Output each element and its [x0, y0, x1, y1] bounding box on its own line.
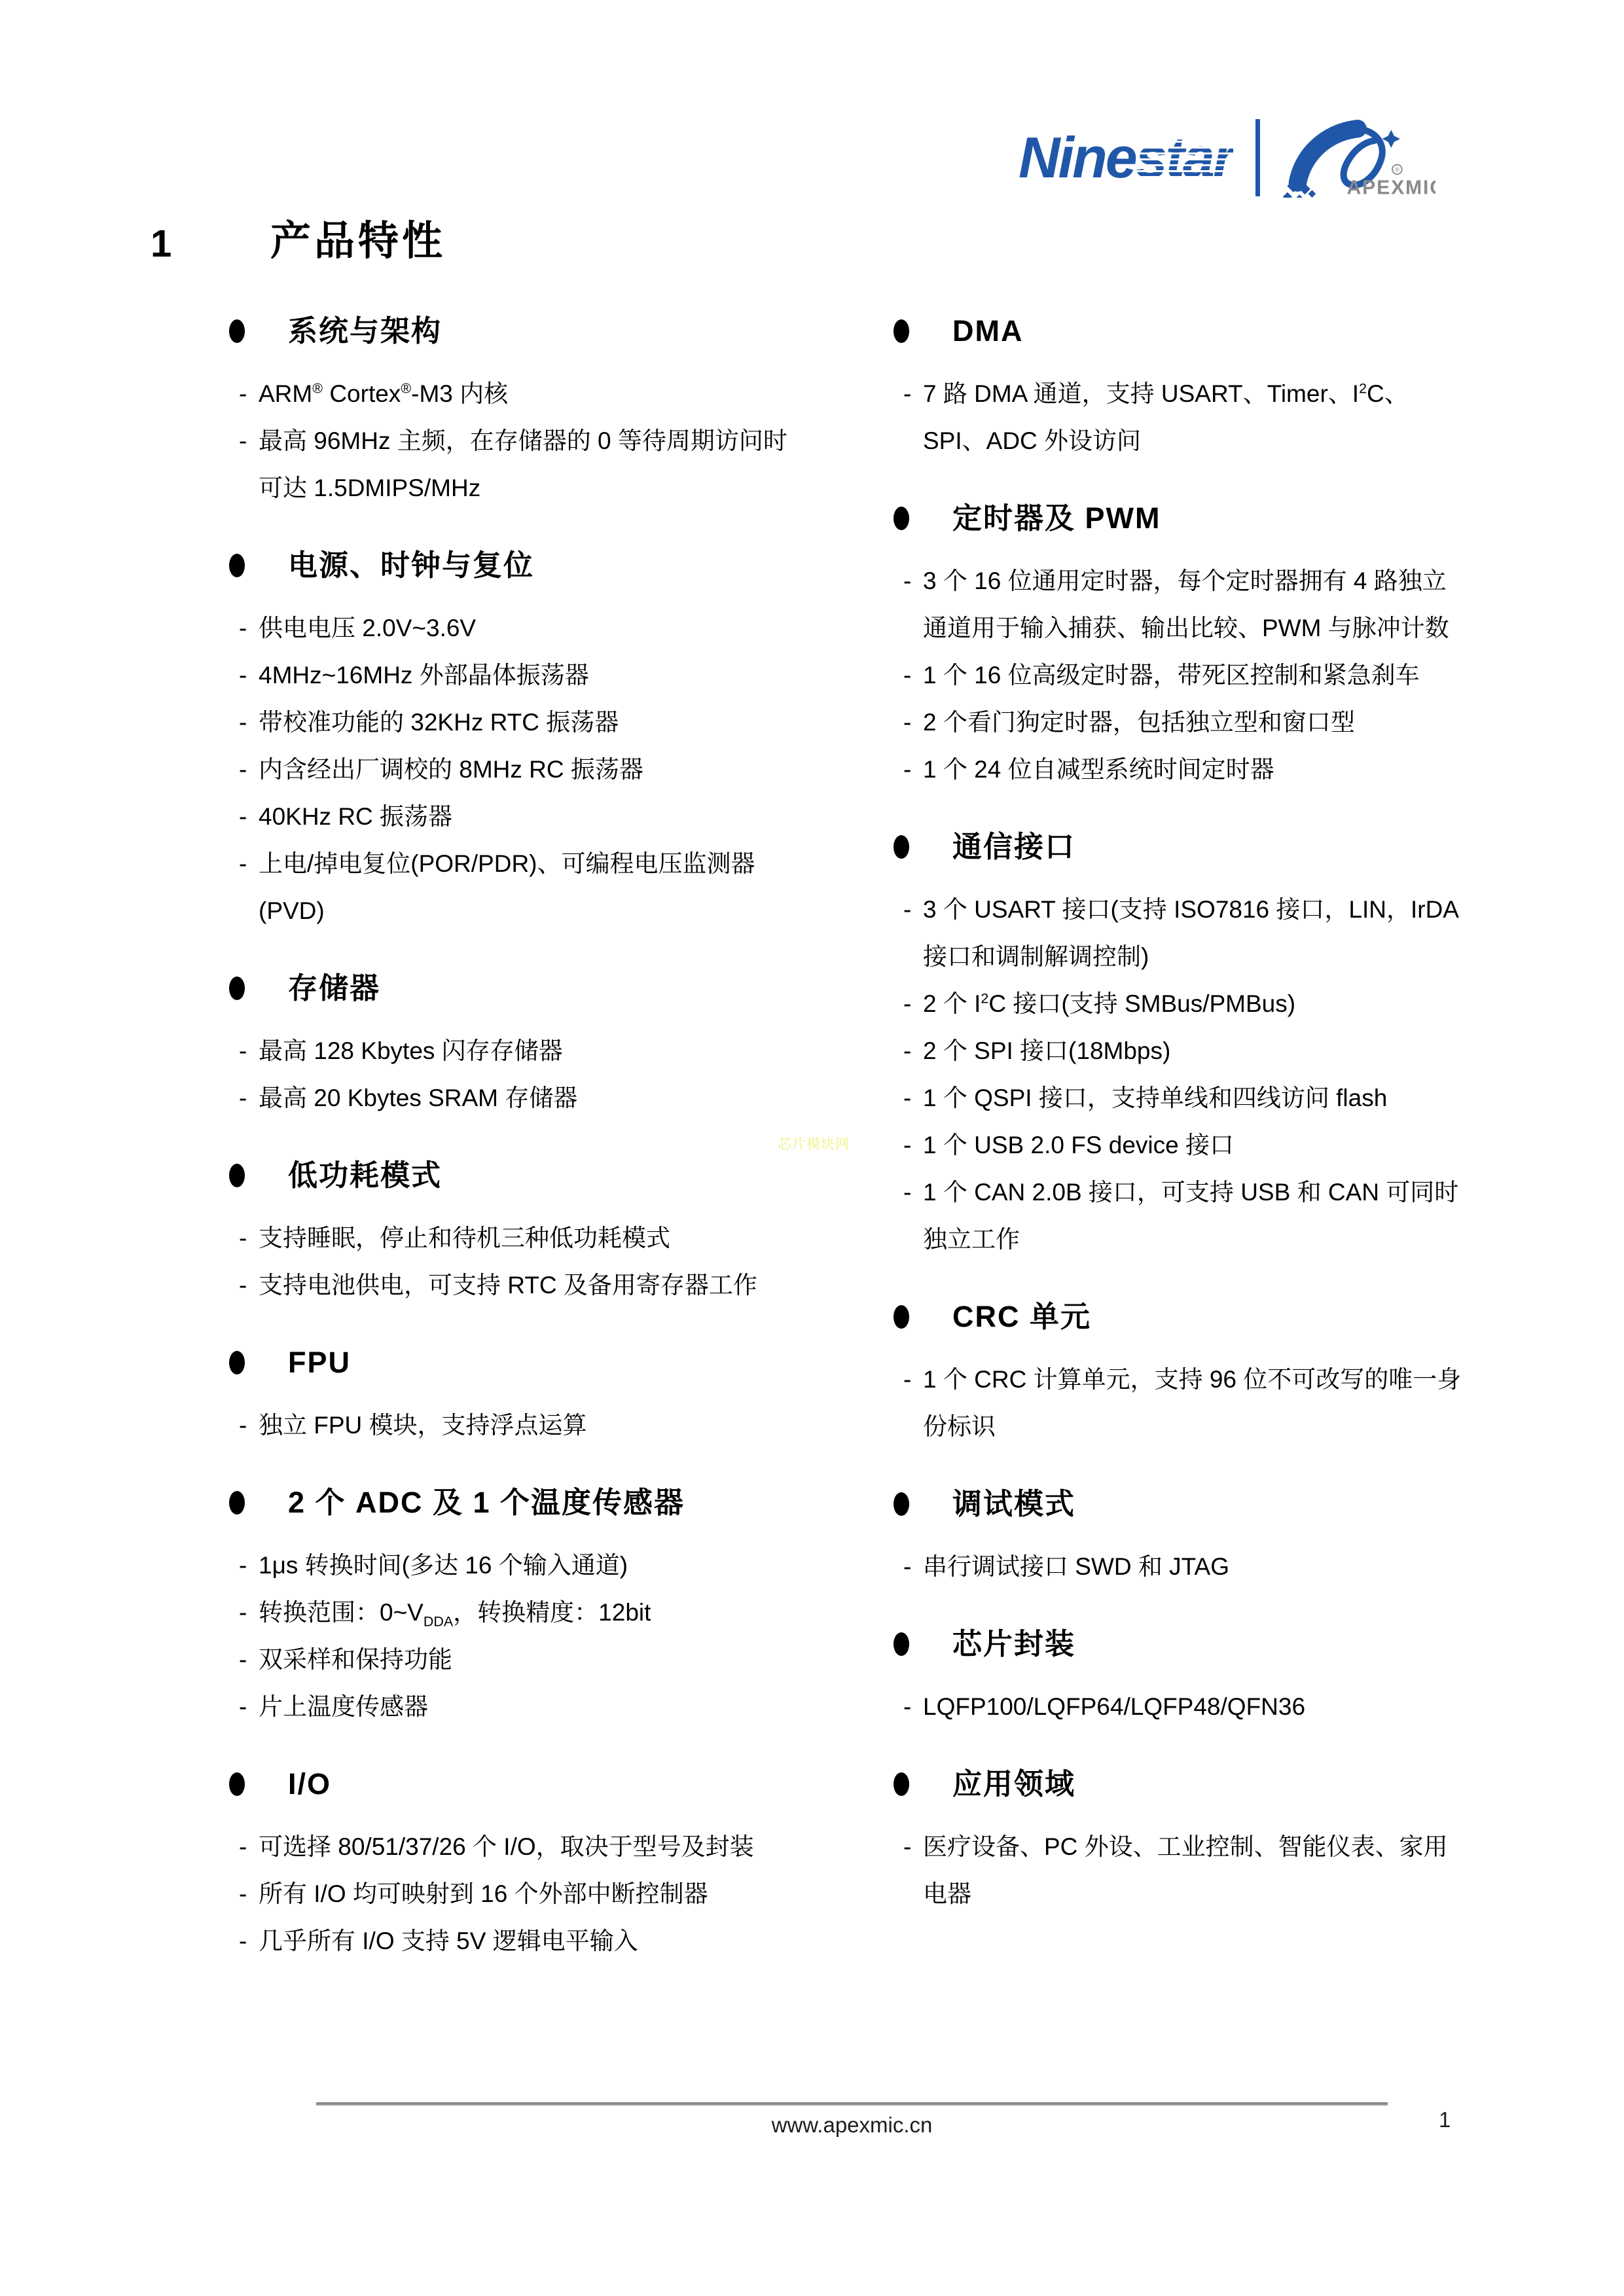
section-items: - 支持睡眠，停止和待机三种低功耗模式 - 支持电池供电，可支持 RTC 及备用… — [229, 1215, 795, 1309]
section-items: - 1μs 转换时间(多达 16 个输入通道) - 转换范围：0~VDDA，转换… — [229, 1542, 795, 1731]
dash-marker: - — [229, 605, 259, 652]
section-items: - 1 个 CRC 计算单元，支持 96 位不可改写的唯一身份标识 — [893, 1356, 1470, 1450]
section-heading-label: 电源、时钟与复位 — [288, 541, 534, 590]
bullet-icon — [893, 1772, 909, 1796]
list-item: - 2 个 SPI 接口(18Mbps) — [893, 1028, 1470, 1075]
ninestar-logo-solid-text: Nine — [1019, 125, 1136, 190]
feature-section: 调试模式 - 串行调试接口 SWD 和 JTAG — [893, 1479, 1470, 1590]
feature-section: FPU - 独立 FPU 模块，支持浮点运算 — [229, 1338, 795, 1449]
section-heading-label: 存储器 — [288, 963, 380, 1013]
list-item: - 1 个 CRC 计算单元，支持 96 位不可改写的唯一身份标识 — [893, 1356, 1470, 1450]
list-item: - 带校准功能的 32KHz RTC 振荡器 — [229, 699, 795, 746]
item-text: 带校准功能的 32KHz RTC 振荡器 — [259, 699, 795, 746]
apexmic-logo-icon: ® APEXMIC — [1280, 118, 1435, 198]
section-heading: CRC 单元 — [893, 1292, 1470, 1342]
list-item: - 上电/掉电复位(POR/PDR)、可编程电压监测器(PVD) — [229, 840, 795, 935]
page-number: 1 — [1439, 2108, 1451, 2132]
bullet-icon — [229, 1164, 245, 1187]
section-heading: 低功耗模式 — [229, 1151, 795, 1200]
section-heading-label: 芯片封装 — [952, 1619, 1075, 1669]
feature-section: 低功耗模式 - 支持睡眠，停止和待机三种低功耗模式 - 支持电池供电，可支持 R… — [229, 1151, 795, 1309]
section-items: - 供电电压 2.0V~3.6V - 4MHz~16MHz 外部晶体振荡器 - … — [229, 605, 795, 935]
section-heading-label: 定时器及 PWM — [952, 493, 1161, 543]
dash-marker: - — [229, 840, 259, 888]
feature-section: I/O - 可选择 80/51/37/26 个 I/O，取决于型号及封装 - 所… — [229, 1759, 795, 1965]
dash-marker: - — [893, 652, 923, 699]
apexmic-logo-text: APEXMIC — [1347, 177, 1435, 198]
section-heading-label: 应用领域 — [952, 1759, 1075, 1809]
item-text: 1 个 24 位自减型系统时间定时器 — [923, 746, 1470, 793]
dash-marker: - — [229, 370, 259, 418]
feature-section: 存储器 - 最高 128 Kbytes 闪存存储器 - 最高 20 Kbytes… — [229, 963, 795, 1122]
item-text: 3 个 16 位通用定时器，每个定时器拥有 4 路独立通道用于输入捕获、输出比较… — [923, 558, 1470, 652]
list-item: - 内含经出厂调校的 8MHz RC 振荡器 — [229, 746, 795, 793]
section-heading: FPU — [229, 1338, 795, 1388]
section-heading: 存储器 — [229, 963, 795, 1013]
list-item: - ARM® Cortex®-M3 内核 — [229, 370, 795, 418]
section-heading-label: 调试模式 — [952, 1479, 1075, 1529]
section-items: - LQFP100/LQFP64/LQFP48/QFN36 — [893, 1683, 1470, 1731]
item-text: 供电电压 2.0V~3.6V — [259, 605, 795, 652]
dash-marker: - — [229, 1871, 259, 1918]
list-item: - 1 个 QSPI 接口，支持单线和四线访问 flash — [893, 1075, 1470, 1122]
dash-marker: - — [229, 1683, 259, 1731]
item-text: 2 个 SPI 接口(18Mbps) — [923, 1028, 1470, 1075]
item-text: 1 个 CAN 2.0B 接口，可支持 USB 和 CAN 可同时独立工作 — [923, 1169, 1470, 1263]
section-heading-label: 通信接口 — [952, 822, 1075, 872]
dash-marker: - — [893, 1028, 923, 1075]
section-heading-label: DMA — [952, 306, 1023, 356]
bullet-icon — [893, 319, 909, 343]
section-heading-label: I/O — [288, 1759, 331, 1809]
section-items: - 3 个 16 位通用定时器，每个定时器拥有 4 路独立通道用于输入捕获、输出… — [893, 558, 1470, 793]
list-item: - 1 个 CAN 2.0B 接口，可支持 USB 和 CAN 可同时独立工作 — [893, 1169, 1470, 1263]
list-item: - 所有 I/O 均可映射到 16 个外部中断控制器 — [229, 1871, 795, 1918]
section-heading: I/O — [229, 1759, 795, 1809]
dash-marker: - — [893, 746, 923, 793]
dash-marker: - — [229, 1075, 259, 1122]
datasheet-page: Ninestar ® APEXMIC 1 产品特性 系统与架构 — [0, 0, 1624, 2296]
list-item: - 3 个 16 位通用定时器，每个定时器拥有 4 路独立通道用于输入捕获、输出… — [893, 558, 1470, 652]
list-item: - 最高 128 Kbytes 闪存存储器 — [229, 1028, 795, 1075]
bullet-icon — [229, 1772, 245, 1796]
item-text: 1μs 转换时间(多达 16 个输入通道) — [259, 1542, 795, 1589]
bullet-icon — [893, 835, 909, 859]
bullet-icon — [229, 554, 245, 577]
list-item: - 支持电池供电，可支持 RTC 及备用寄存器工作 — [229, 1262, 795, 1309]
section-heading: 芯片封装 — [893, 1619, 1470, 1669]
section-items: - 独立 FPU 模块，支持浮点运算 — [229, 1402, 795, 1449]
section-heading: 定时器及 PWM — [893, 493, 1470, 543]
item-text: 上电/掉电复位(POR/PDR)、可编程电压监测器(PVD) — [259, 840, 795, 935]
bullet-icon — [229, 1491, 245, 1515]
item-text: 1 个 QSPI 接口，支持单线和四线访问 flash — [923, 1075, 1470, 1122]
dash-marker: - — [893, 1543, 923, 1590]
list-item: - 40KHz RC 振荡器 — [229, 793, 795, 840]
list-item: - 几乎所有 I/O 支持 5V 逻辑电平输入 — [229, 1918, 795, 1965]
item-text: 7 路 DMA 通道，支持 USART、Timer、I2C、SPI、ADC 外设… — [923, 370, 1470, 465]
bullet-icon — [893, 1492, 909, 1516]
header-logos: Ninestar ® APEXMIC — [1019, 115, 1435, 200]
section-heading: 2 个 ADC 及 1 个温度传感器 — [229, 1478, 795, 1528]
item-text: 支持睡眠，停止和待机三种低功耗模式 — [259, 1215, 795, 1262]
item-text: 可选择 80/51/37/26 个 I/O，取决于型号及封装 — [259, 1823, 795, 1871]
section-items: - 最高 128 Kbytes 闪存存储器 - 最高 20 Kbytes SRA… — [229, 1028, 795, 1122]
item-text: 内含经出厂调校的 8MHz RC 振荡器 — [259, 746, 795, 793]
dash-marker: - — [229, 793, 259, 840]
dash-marker: - — [229, 1215, 259, 1262]
list-item: - 最高 96MHz 主频，在存储器的 0 等待周期访问时可达 1.5DMIPS… — [229, 418, 795, 512]
list-item: - 1 个 USB 2.0 FS device 接口 — [893, 1122, 1470, 1169]
item-text: LQFP100/LQFP64/LQFP48/QFN36 — [923, 1683, 1470, 1731]
item-text: 2 个看门狗定时器，包括独立型和窗口型 — [923, 699, 1470, 746]
item-text: 1 个 16 位高级定时器，带死区控制和紧急刹车 — [923, 652, 1470, 699]
dash-marker: - — [229, 1589, 259, 1636]
list-item: - 4MHz~16MHz 外部晶体振荡器 — [229, 652, 795, 699]
list-item: - 供电电压 2.0V~3.6V — [229, 605, 795, 652]
section-heading: 电源、时钟与复位 — [229, 541, 795, 590]
dash-marker: - — [229, 1542, 259, 1589]
bullet-icon — [893, 507, 909, 530]
dash-marker: - — [893, 558, 923, 605]
feature-section: 电源、时钟与复位 - 供电电压 2.0V~3.6V - 4MHz~16MHz 外… — [229, 541, 795, 935]
dash-marker: - — [893, 1169, 923, 1216]
dash-marker: - — [229, 699, 259, 746]
dash-marker: - — [229, 1636, 259, 1683]
section-heading-label: 2 个 ADC 及 1 个温度传感器 — [288, 1478, 685, 1528]
apexmic-registered-mark: ® — [1395, 167, 1399, 173]
bullet-icon — [893, 1632, 909, 1656]
item-text: 4MHz~16MHz 外部晶体振荡器 — [259, 652, 795, 699]
page-title: 产品特性 — [270, 221, 446, 262]
dash-marker: - — [229, 652, 259, 699]
footer-rule — [316, 2102, 1388, 2106]
list-item: - 医疗设备、PC 外设、工业控制、智能仪表、家用电器 — [893, 1823, 1470, 1918]
item-text: 几乎所有 I/O 支持 5V 逻辑电平输入 — [259, 1918, 795, 1965]
section-items: - 可选择 80/51/37/26 个 I/O，取决于型号及封装 - 所有 I/… — [229, 1823, 795, 1965]
dash-marker: - — [229, 1028, 259, 1075]
item-text: 所有 I/O 均可映射到 16 个外部中断控制器 — [259, 1871, 795, 1918]
feature-section: DMA - 7 路 DMA 通道，支持 USART、Timer、I2C、SPI、… — [893, 306, 1470, 465]
chapter-number: 1 — [151, 225, 171, 263]
section-heading: 通信接口 — [893, 822, 1470, 872]
item-text: 串行调试接口 SWD 和 JTAG — [923, 1543, 1470, 1590]
list-item: - 3 个 USART 接口(支持 ISO7816 接口，LIN，IrDA 接口… — [893, 886, 1470, 980]
dash-marker: - — [229, 1402, 259, 1449]
dash-marker: - — [229, 418, 259, 465]
item-text: 转换范围：0~VDDA，转换精度：12bit — [259, 1589, 795, 1636]
item-text: 最高 20 Kbytes SRAM 存储器 — [259, 1075, 795, 1122]
logo-divider — [1255, 119, 1260, 196]
section-heading: DMA — [893, 306, 1470, 356]
dash-marker: - — [893, 980, 923, 1028]
watermark: 芯片模块网 — [778, 1134, 850, 1153]
list-item: - 2 个看门狗定时器，包括独立型和窗口型 — [893, 699, 1470, 746]
section-items: - 7 路 DMA 通道，支持 USART、Timer、I2C、SPI、ADC … — [893, 370, 1470, 465]
list-item: - 片上温度传感器 — [229, 1683, 795, 1731]
list-item: - 1 个 24 位自减型系统时间定时器 — [893, 746, 1470, 793]
section-heading: 应用领域 — [893, 1759, 1470, 1809]
bullet-icon — [229, 977, 245, 1000]
section-heading-label: FPU — [288, 1338, 351, 1388]
section-heading-label: 低功耗模式 — [288, 1151, 442, 1200]
dash-marker: - — [893, 1356, 923, 1403]
ninestar-logo: Ninestar — [1019, 129, 1233, 187]
list-item: - 2 个 I2C 接口(支持 SMBus/PMBus) — [893, 980, 1470, 1028]
column-right: DMA - 7 路 DMA 通道，支持 USART、Timer、I2C、SPI、… — [893, 306, 1470, 1918]
feature-section: 芯片封装 - LQFP100/LQFP64/LQFP48/QFN36 — [893, 1619, 1470, 1731]
bullet-icon — [229, 319, 245, 343]
list-item: - 最高 20 Kbytes SRAM 存储器 — [229, 1075, 795, 1122]
list-item: - 1 个 16 位高级定时器，带死区控制和紧急刹车 — [893, 652, 1470, 699]
dash-marker: - — [893, 1683, 923, 1731]
item-text: 1 个 CRC 计算单元，支持 96 位不可改写的唯一身份标识 — [923, 1356, 1470, 1450]
item-text: 支持电池供电，可支持 RTC 及备用寄存器工作 — [259, 1262, 795, 1309]
item-text: 医疗设备、PC 外设、工业控制、智能仪表、家用电器 — [923, 1823, 1470, 1918]
dash-marker: - — [893, 370, 923, 418]
section-heading-label: CRC 单元 — [952, 1292, 1091, 1342]
section-heading: 调试模式 — [893, 1479, 1470, 1529]
list-item: - 可选择 80/51/37/26 个 I/O，取决于型号及封装 — [229, 1823, 795, 1871]
dash-marker: - — [893, 1122, 923, 1169]
footer-url: www.apexmic.cn — [316, 2113, 1388, 2138]
ninestar-logo-striped-text: star — [1136, 125, 1233, 190]
item-text: ARM® Cortex®-M3 内核 — [259, 370, 795, 418]
item-text: 片上温度传感器 — [259, 1683, 795, 1731]
dash-marker: - — [893, 1823, 923, 1871]
section-items: - 串行调试接口 SWD 和 JTAG — [893, 1543, 1470, 1590]
dash-marker: - — [893, 886, 923, 933]
feature-section: CRC 单元 - 1 个 CRC 计算单元，支持 96 位不可改写的唯一身份标识 — [893, 1292, 1470, 1450]
bullet-icon — [893, 1305, 909, 1329]
list-item: - 独立 FPU 模块，支持浮点运算 — [229, 1402, 795, 1449]
item-text: 40KHz RC 振荡器 — [259, 793, 795, 840]
list-item: - 支持睡眠，停止和待机三种低功耗模式 — [229, 1215, 795, 1262]
feature-section: 系统与架构 - ARM® Cortex®-M3 内核 - 最高 96MHz 主频… — [229, 306, 795, 512]
dash-marker: - — [229, 1262, 259, 1309]
bullet-icon — [229, 1351, 245, 1374]
feature-section: 2 个 ADC 及 1 个温度传感器 - 1μs 转换时间(多达 16 个输入通… — [229, 1478, 795, 1731]
dash-marker: - — [893, 1075, 923, 1122]
list-item: - 串行调试接口 SWD 和 JTAG — [893, 1543, 1470, 1590]
feature-section: 应用领域 - 医疗设备、PC 外设、工业控制、智能仪表、家用电器 — [893, 1759, 1470, 1918]
item-text: 1 个 USB 2.0 FS device 接口 — [923, 1122, 1470, 1169]
item-text: 最高 96MHz 主频，在存储器的 0 等待周期访问时可达 1.5DMIPS/M… — [259, 418, 795, 512]
section-items: - 3 个 USART 接口(支持 ISO7816 接口，LIN，IrDA 接口… — [893, 886, 1470, 1263]
dash-marker: - — [229, 746, 259, 793]
dash-marker: - — [229, 1823, 259, 1871]
section-items: - ARM® Cortex®-M3 内核 - 最高 96MHz 主频，在存储器的… — [229, 370, 795, 512]
list-item: - 1μs 转换时间(多达 16 个输入通道) — [229, 1542, 795, 1589]
item-text: 最高 128 Kbytes 闪存存储器 — [259, 1028, 795, 1075]
item-text: 3 个 USART 接口(支持 ISO7816 接口，LIN，IrDA 接口和调… — [923, 886, 1470, 980]
item-text: 独立 FPU 模块，支持浮点运算 — [259, 1402, 795, 1449]
item-text: 双采样和保持功能 — [259, 1636, 795, 1683]
list-item: - 7 路 DMA 通道，支持 USART、Timer、I2C、SPI、ADC … — [893, 370, 1470, 465]
dash-marker: - — [893, 699, 923, 746]
list-item: - LQFP100/LQFP64/LQFP48/QFN36 — [893, 1683, 1470, 1731]
feature-section: 定时器及 PWM - 3 个 16 位通用定时器，每个定时器拥有 4 路独立通道… — [893, 493, 1470, 793]
dash-marker: - — [229, 1918, 259, 1965]
section-heading-label: 系统与架构 — [288, 306, 442, 356]
list-item: - 双采样和保持功能 — [229, 1636, 795, 1683]
list-item: - 转换范围：0~VDDA，转换精度：12bit — [229, 1589, 795, 1636]
item-text: 2 个 I2C 接口(支持 SMBus/PMBus) — [923, 980, 1470, 1028]
section-items: - 医疗设备、PC 外设、工业控制、智能仪表、家用电器 — [893, 1823, 1470, 1918]
section-heading: 系统与架构 — [229, 306, 795, 356]
feature-section: 通信接口 - 3 个 USART 接口(支持 ISO7816 接口，LIN，Ir… — [893, 822, 1470, 1263]
